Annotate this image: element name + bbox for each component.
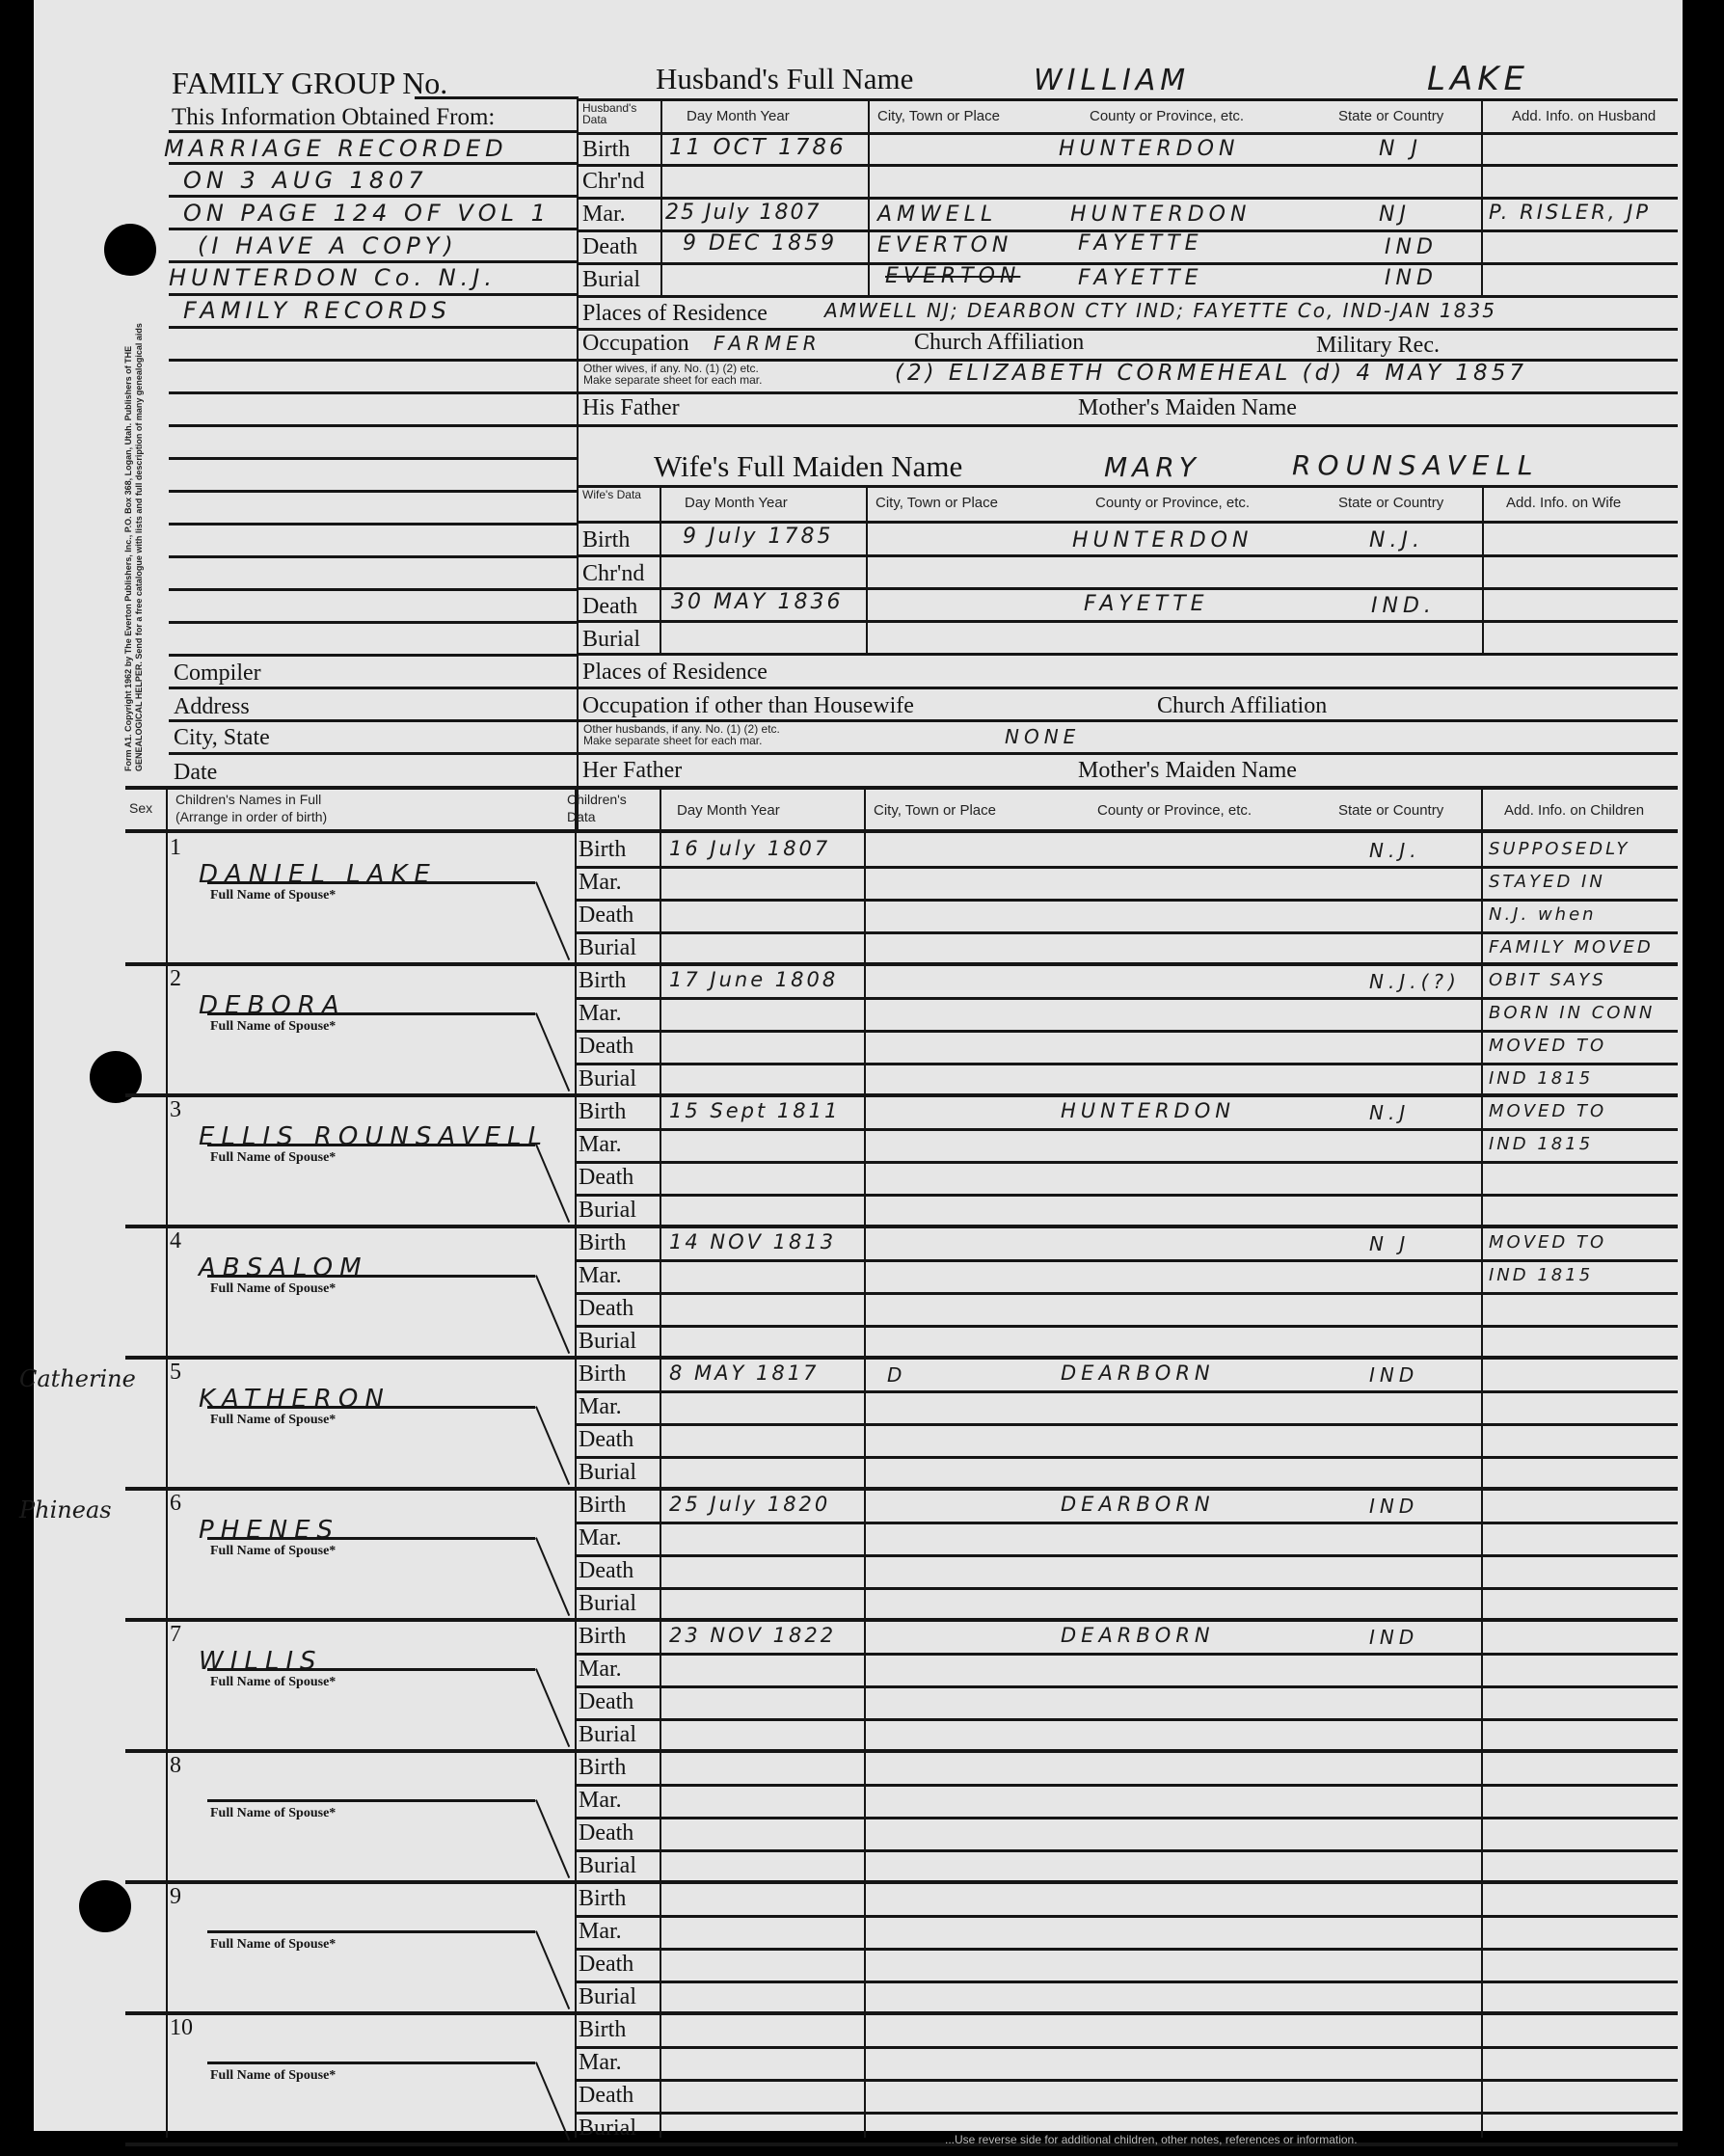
event-county: FAYETTE xyxy=(1084,592,1209,616)
col-divider xyxy=(166,788,168,2138)
child-birth-date: 14 NOV 1813 xyxy=(669,1230,836,1253)
rule xyxy=(577,1718,1678,1721)
event-state: IND xyxy=(1385,235,1438,259)
child-event-label: Mar. xyxy=(579,1788,622,1814)
child-event-label: Death xyxy=(579,1034,633,1060)
child-number: 7 xyxy=(170,1622,181,1648)
child-name: ABSALOM xyxy=(199,1253,368,1282)
child-event-label: Burial xyxy=(579,1853,636,1879)
rule xyxy=(577,1128,1678,1131)
event-label: Chr'nd xyxy=(582,169,644,195)
spouse-label: Full Name of Spouse* xyxy=(210,1413,336,1428)
child-event-label: Birth xyxy=(579,2017,626,2043)
spouse-line xyxy=(207,1930,535,1933)
rule xyxy=(579,485,1678,488)
child-name: PHENES xyxy=(199,1516,339,1545)
rule xyxy=(579,653,1678,656)
rule xyxy=(125,829,1678,833)
rule xyxy=(577,866,1678,869)
spouse-line xyxy=(207,1668,535,1671)
spouse-label: Full Name of Spouse* xyxy=(210,1019,336,1035)
spouse-line xyxy=(207,1537,535,1540)
his-father-label: His Father xyxy=(582,395,680,421)
rule xyxy=(125,786,1678,790)
event-state: IND xyxy=(1385,266,1438,290)
other-wives-label-line2: Make separate sheet for each mar. xyxy=(583,374,762,386)
wife-residence-label: Places of Residence xyxy=(582,660,768,686)
child-event-label: Burial xyxy=(579,1198,636,1224)
child-number: 2 xyxy=(170,966,181,992)
child-margin-note: Catherine xyxy=(19,1365,136,1392)
children-info-header: Add. Info. on Children xyxy=(1504,802,1644,819)
husband-residence-value: AMWELL NJ; DEARBON CTY IND; FAYETTE Co, … xyxy=(824,299,1496,322)
col-divider xyxy=(660,98,662,295)
husband-church-label: Church Affiliation xyxy=(914,330,1084,356)
rule xyxy=(125,2143,1678,2146)
col-divider xyxy=(660,487,661,653)
husband-occupation-value: FARMER xyxy=(714,332,822,355)
wife-col-county-header: County or Province, etc. xyxy=(1095,495,1250,511)
info-source-line: MARRIAGE RECORDED xyxy=(164,135,508,162)
child-info-line: BORN IN CONN xyxy=(1489,1003,1655,1023)
spouse-label: Full Name of Spouse* xyxy=(210,1806,336,1821)
event-city-struck: EVERTON xyxy=(885,264,1020,288)
rule xyxy=(125,1880,1678,1884)
child-birth-state: IND xyxy=(1369,1626,1418,1649)
rule xyxy=(169,752,1678,755)
event-label: Death xyxy=(582,234,637,260)
children-date-header: Day Month Year xyxy=(677,802,780,819)
col-divider xyxy=(1481,788,1483,2138)
child-event-label: Mar. xyxy=(579,1525,622,1551)
rule xyxy=(577,997,1678,1000)
child-number: 4 xyxy=(170,1228,181,1254)
child-event-label: Birth xyxy=(579,968,626,994)
spouse-label: Full Name of Spouse* xyxy=(210,1281,336,1297)
col-divider xyxy=(575,788,577,2138)
wife-data-label: Wife's Data xyxy=(582,489,650,500)
child-event-label: Burial xyxy=(579,1329,636,1355)
child-birth-date: 16 July 1807 xyxy=(669,837,830,860)
rule xyxy=(579,164,1678,167)
child-birth-state: IND xyxy=(1369,1363,1418,1387)
child-birth-date: 17 June 1808 xyxy=(669,968,838,991)
rule xyxy=(577,931,1678,934)
col-divider xyxy=(660,788,661,2138)
rule xyxy=(577,1390,1678,1393)
rule xyxy=(169,162,579,165)
event-label: Birth xyxy=(582,137,630,163)
rule xyxy=(577,2079,1678,2082)
child-info-line: OBIT SAYS xyxy=(1489,970,1606,990)
child-event-label: Mar. xyxy=(579,870,622,896)
spouse-label: Full Name of Spouse* xyxy=(210,888,336,903)
spouse-line xyxy=(207,1012,535,1015)
info-source-line: HUNTERDON Co. N.J. xyxy=(169,264,497,291)
binder-hole-bottom xyxy=(79,1880,131,1932)
child-event-label: Death xyxy=(579,1820,633,1846)
child-event-label: Birth xyxy=(579,1099,626,1125)
spouse-label: Full Name of Spouse* xyxy=(210,1675,336,1690)
child-name: KATHERON xyxy=(199,1385,391,1414)
event-info: P. RISLER, JP xyxy=(1489,201,1651,224)
child-info-line: IND 1815 xyxy=(1489,1265,1593,1285)
child-info-line: SUPPOSEDLY xyxy=(1489,839,1630,859)
rule xyxy=(577,1685,1678,1688)
child-event-label: Death xyxy=(579,1952,633,1978)
binder-hole-top xyxy=(104,224,156,276)
info-source-line: ON PAGE 124 OF VOL 1 xyxy=(183,200,551,227)
family-group-number-line xyxy=(415,96,579,99)
child-event-label: Birth xyxy=(579,1755,626,1781)
rule xyxy=(169,326,579,329)
col-county-header: County or Province, etc. xyxy=(1090,108,1244,124)
child-margin-note: Phineas xyxy=(19,1496,112,1523)
rule xyxy=(577,1522,1678,1524)
info-source-line: (I HAVE A COPY) xyxy=(198,232,458,259)
child-event-label: Mar. xyxy=(579,1263,622,1289)
child-info-line: IND 1815 xyxy=(1489,1068,1593,1089)
rule xyxy=(169,228,579,230)
rule xyxy=(169,654,579,657)
event-county: HUNTERDON xyxy=(1059,137,1239,161)
other-wives-value: (2) ELIZABETH CORMEHEAL (d) 4 MAY 1857 xyxy=(895,361,1527,386)
child-event-label: Death xyxy=(579,1558,633,1584)
spouse-line xyxy=(207,1144,535,1146)
child-number: 5 xyxy=(170,1360,181,1386)
rule xyxy=(577,1587,1678,1590)
child-birth-state: N J xyxy=(1369,1232,1410,1255)
husband-name-line xyxy=(579,98,1678,101)
col-divider xyxy=(1481,98,1483,295)
child-birth-date: 23 NOV 1822 xyxy=(669,1624,836,1647)
rule xyxy=(125,1093,1678,1097)
child-number: 6 xyxy=(170,1491,181,1517)
rule xyxy=(125,962,1678,966)
child-name: ELLIS ROUNSAVELL xyxy=(199,1122,549,1151)
col-divider xyxy=(866,487,868,653)
wife-last-name: ROUNSAVELL xyxy=(1292,449,1540,481)
event-label: Mar. xyxy=(582,202,626,228)
child-event-label: Burial xyxy=(579,1722,636,1748)
child-event-label: Burial xyxy=(579,1984,636,2010)
rule xyxy=(169,555,579,558)
event-city: EVERTON xyxy=(877,233,1012,257)
rule xyxy=(579,295,1678,298)
child-info-line: N.J. when xyxy=(1489,904,1597,925)
rule xyxy=(577,899,1678,902)
child-event-label: Birth xyxy=(579,837,626,863)
event-city: AMWELL xyxy=(877,202,997,227)
his-mother-label: Mother's Maiden Name xyxy=(1078,395,1297,421)
husband-residence-label: Places of Residence xyxy=(582,301,768,327)
rule xyxy=(577,1554,1678,1557)
child-info-line: FAMILY MOVED xyxy=(1489,937,1654,957)
event-date: 9 DEC 1859 xyxy=(683,231,837,256)
her-father-label: Her Father xyxy=(582,758,682,784)
husband-first-name: WILLIAM xyxy=(1034,64,1190,97)
event-date: 25 July 1807 xyxy=(665,201,822,225)
child-birth-state: N.J. xyxy=(1369,839,1421,862)
husband-last-name: LAKE xyxy=(1427,60,1529,98)
copyright-notice: Form A1. Copyright 1962 by The Everton P… xyxy=(123,318,145,771)
rule xyxy=(169,687,1678,689)
rule xyxy=(577,2046,1678,2049)
child-number: 3 xyxy=(170,1097,181,1123)
spouse-label: Full Name of Spouse* xyxy=(210,1150,336,1166)
rule xyxy=(579,328,1678,331)
child-name: DEBORA xyxy=(199,991,346,1020)
child-event-label: Death xyxy=(579,1165,633,1191)
rule xyxy=(125,2011,1678,2015)
event-state: N J xyxy=(1379,137,1422,161)
child-number: 8 xyxy=(170,1753,181,1779)
col-divider xyxy=(868,98,870,295)
husband-military-label: Military Rec. xyxy=(1316,333,1440,359)
event-label: Burial xyxy=(582,267,640,293)
event-state: NJ xyxy=(1379,202,1411,227)
rule xyxy=(577,1915,1678,1918)
child-birth-date: 25 July 1820 xyxy=(669,1493,830,1516)
wife-col-date-header: Day Month Year xyxy=(685,495,788,511)
child-number: 9 xyxy=(170,1884,181,1910)
event-county: HUNTERDON xyxy=(1070,202,1251,227)
wife-church-label: Church Affiliation xyxy=(1157,693,1327,719)
names-header-line1: Children's Names in Full xyxy=(175,791,327,808)
family-group-label: FAMILY GROUP No. xyxy=(172,66,447,101)
wife-col-city-header: City, Town or Place xyxy=(875,495,998,511)
rule xyxy=(169,359,579,362)
rule xyxy=(577,1325,1678,1328)
child-info-line: MOVED TO xyxy=(1489,1101,1606,1121)
child-birth-county: DEARBORN xyxy=(1061,1493,1215,1516)
rule xyxy=(579,620,1678,623)
child-event-label: Birth xyxy=(579,1361,626,1388)
child-event-label: Mar. xyxy=(579,1132,622,1158)
rule xyxy=(579,262,1678,265)
event-label: Chr'nd xyxy=(582,561,644,587)
event-label: Burial xyxy=(582,627,640,653)
rule xyxy=(125,1749,1678,1753)
child-info-line: IND 1815 xyxy=(1489,1134,1593,1154)
rule xyxy=(125,1618,1678,1622)
child-birth-date: 8 MAY 1817 xyxy=(669,1361,819,1385)
child-event-label: Burial xyxy=(579,935,636,961)
rule xyxy=(577,1948,1678,1951)
child-birth-county: HUNTERDON xyxy=(1061,1099,1235,1122)
child-birth-county: DEARBORN xyxy=(1061,1624,1215,1647)
col-city-header: City, Town or Place xyxy=(877,108,1000,124)
wife-occupation-label: Occupation if other than Housewife xyxy=(582,693,914,719)
rule xyxy=(169,719,1678,722)
child-event-label: Death xyxy=(579,1296,633,1322)
husband-data-label: Husband's Data xyxy=(582,102,660,125)
child-name: WILLIS xyxy=(199,1647,323,1676)
husband-occupation-label: Occupation xyxy=(582,331,689,357)
rule xyxy=(169,130,579,133)
other-husbands-value: NONE xyxy=(1005,725,1080,748)
spouse-label: Full Name of Spouse* xyxy=(210,2068,336,2084)
rule xyxy=(577,1194,1678,1197)
child-info-line: STAYED IN xyxy=(1489,872,1605,892)
address-label: Address xyxy=(174,694,250,720)
rule xyxy=(125,1356,1678,1360)
child-event-label: Burial xyxy=(579,2116,636,2142)
husband-name-label: Husband's Full Name xyxy=(656,62,913,96)
names-header-line2: (Arrange in order of birth) xyxy=(175,808,327,825)
child-name: DANIEL LAKE xyxy=(199,860,437,889)
rule xyxy=(579,554,1678,557)
col-divider xyxy=(1482,487,1484,653)
spouse-line xyxy=(207,1275,535,1278)
rule xyxy=(577,1259,1678,1262)
child-event-label: Birth xyxy=(579,1230,626,1256)
rule xyxy=(579,391,1678,394)
names-header: Children's Names in Full (Arrange in ord… xyxy=(175,791,327,825)
child-event-label: Mar. xyxy=(579,1919,622,1945)
child-info-line: MOVED TO xyxy=(1489,1036,1606,1056)
rule xyxy=(169,588,579,591)
compiler-label: Compiler xyxy=(174,660,261,687)
col-info-header: Add. Info. on Husband xyxy=(1512,108,1656,124)
rule xyxy=(579,521,1678,524)
col-date-header: Day Month Year xyxy=(687,108,790,124)
child-number: 10 xyxy=(170,2015,193,2041)
sex-header: Sex xyxy=(129,800,152,816)
col-divider xyxy=(864,788,866,2138)
child-event-label: Burial xyxy=(579,1460,636,1486)
child-birth-city: D xyxy=(887,1363,906,1387)
rule xyxy=(169,523,579,526)
rule xyxy=(577,2112,1678,2115)
wife-col-info-header: Add. Info. on Wife xyxy=(1506,495,1621,511)
event-label: Death xyxy=(582,594,637,620)
event-date: 9 July 1785 xyxy=(683,525,834,549)
event-date: 11 OCT 1786 xyxy=(669,135,847,160)
event-county: HUNTERDON xyxy=(1072,528,1253,552)
child-number: 1 xyxy=(170,835,181,861)
rule xyxy=(577,1161,1678,1164)
info-obtained-label: This Information Obtained From: xyxy=(172,104,495,131)
wife-col-state-header: State or Country xyxy=(1338,495,1443,511)
rule xyxy=(579,197,1678,200)
children-county-header: County or Province, etc. xyxy=(1097,802,1252,819)
child-birth-state: IND xyxy=(1369,1495,1418,1518)
rule xyxy=(169,424,579,427)
rule xyxy=(169,621,579,624)
info-source-line: ON 3 AUG 1807 xyxy=(183,167,428,194)
child-event-label: Death xyxy=(579,1689,633,1715)
child-event-label: Mar. xyxy=(579,1001,622,1027)
event-label: Birth xyxy=(582,527,630,553)
child-info-line: MOVED TO xyxy=(1489,1232,1606,1253)
rule xyxy=(577,1653,1678,1656)
info-source-line: FAMILY RECORDS xyxy=(183,297,451,324)
rule xyxy=(125,1487,1678,1491)
rule xyxy=(577,1063,1678,1065)
other-husbands-label: Other husbands, if any. No. (1) (2) etc.… xyxy=(583,723,780,746)
child-event-label: Death xyxy=(579,1427,633,1453)
rule xyxy=(169,195,579,198)
rule xyxy=(169,391,579,394)
child-birth-county: DEARBORN xyxy=(1061,1361,1215,1385)
spouse-line xyxy=(207,1799,535,1802)
rule xyxy=(579,424,1678,427)
child-event-label: Burial xyxy=(579,1591,636,1617)
other-husbands-label-line2: Make separate sheet for each mar. xyxy=(583,735,780,746)
wife-first-name: MARY xyxy=(1104,451,1200,483)
child-event-label: Mar. xyxy=(579,1657,622,1683)
child-birth-state: N.J.(?) xyxy=(1369,970,1461,993)
child-event-label: Birth xyxy=(579,1624,626,1650)
rule xyxy=(577,1817,1678,1819)
children-city-header: City, Town or Place xyxy=(874,802,996,819)
child-event-label: Death xyxy=(579,2083,633,2109)
rule xyxy=(169,260,579,263)
child-birth-date: 15 Sept 1811 xyxy=(669,1099,840,1122)
child-event-label: Mar. xyxy=(579,1394,622,1420)
spouse-line xyxy=(207,2062,535,2064)
spouse-label: Full Name of Spouse* xyxy=(210,1544,336,1559)
rule xyxy=(577,1292,1678,1295)
child-event-label: Mar. xyxy=(579,2050,622,2076)
spouse-line xyxy=(207,1406,535,1409)
rule xyxy=(577,1423,1678,1426)
wife-name-label: Wife's Full Maiden Name xyxy=(654,449,962,484)
rule xyxy=(169,293,579,296)
rule xyxy=(577,1030,1678,1033)
col-state-header: State or Country xyxy=(1338,108,1443,124)
rule xyxy=(577,1456,1678,1459)
child-event-label: Birth xyxy=(579,1886,626,1912)
spouse-label: Full Name of Spouse* xyxy=(210,1937,336,1953)
other-wives-label: Other wives, if any. No. (1) (2) etc. Ma… xyxy=(583,363,762,386)
rule xyxy=(577,1981,1678,1983)
child-birth-state: N.J xyxy=(1369,1101,1410,1124)
event-state: N.J. xyxy=(1369,528,1424,552)
child-event-label: Birth xyxy=(579,1493,626,1519)
rule xyxy=(125,1225,1678,1228)
event-county: FAYETTE xyxy=(1078,231,1203,256)
rule xyxy=(169,457,579,460)
spouse-line xyxy=(207,881,535,884)
date-label: Date xyxy=(174,760,217,786)
her-mother-label: Mother's Maiden Name xyxy=(1078,758,1297,784)
event-state: IND. xyxy=(1371,594,1436,618)
rule xyxy=(169,490,579,493)
children-state-header: State or Country xyxy=(1338,802,1443,819)
event-county: FAYETTE xyxy=(1078,266,1203,290)
city-state-label: City, State xyxy=(174,725,270,751)
child-event-label: Death xyxy=(579,903,633,929)
rule xyxy=(577,1849,1678,1852)
rule xyxy=(577,1784,1678,1787)
child-event-label: Burial xyxy=(579,1066,636,1092)
footer-note: ...Use reverse side for additional child… xyxy=(945,2133,1358,2146)
event-date: 30 MAY 1836 xyxy=(671,590,843,614)
